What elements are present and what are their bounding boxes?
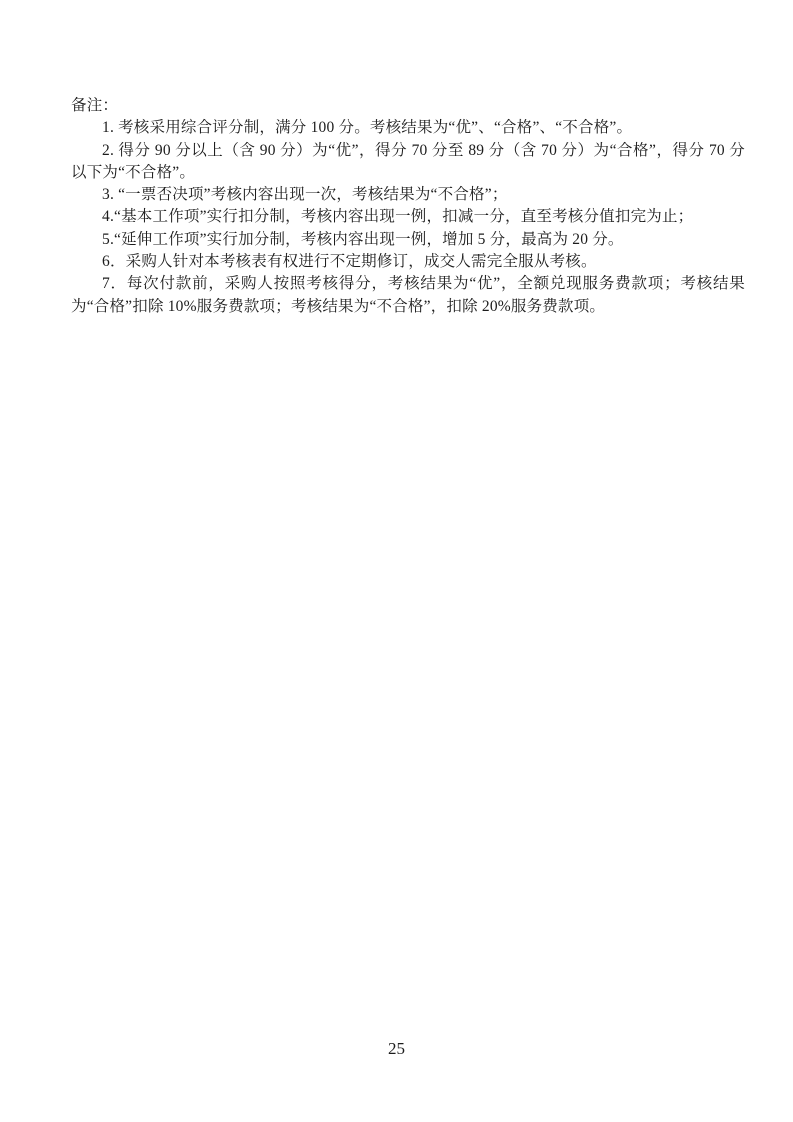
note-item-5: 5.“延伸工作项”实行加分制，考核内容出现一例，增加 5 分，最高为 20 分。 xyxy=(71,229,745,251)
note-item-7: 7．每次付款前，采购人按照考核得分，考核结果为“优”，全额兑现服务费款项；考核结… xyxy=(71,273,745,318)
note-item-1: 1. 考核采用综合评分制，满分 100 分。考核结果为“优”、“合格”、“不合格… xyxy=(71,117,745,139)
document-page: 备注： 1. 考核采用综合评分制，满分 100 分。考核结果为“优”、“合格”、… xyxy=(0,0,793,1122)
note-item-3: 3. “一票否决项”考核内容出现一次，考核结果为“不合格”； xyxy=(71,184,745,206)
note-item-2: 2. 得分 90 分以上（含 90 分）为“优”，得分 70 分至 89 分（含… xyxy=(71,140,745,185)
remarks-section: 备注： 1. 考核采用综合评分制，满分 100 分。考核结果为“优”、“合格”、… xyxy=(71,95,745,318)
page-number: 25 xyxy=(0,1038,793,1060)
remarks-label: 备注： xyxy=(71,95,745,117)
note-item-6: 6．采购人针对本考核表有权进行不定期修订，成交人需完全服从考核。 xyxy=(71,251,745,273)
note-item-4: 4.“基本工作项”实行扣分制，考核内容出现一例，扣减一分，直至考核分值扣完为止； xyxy=(71,206,745,228)
